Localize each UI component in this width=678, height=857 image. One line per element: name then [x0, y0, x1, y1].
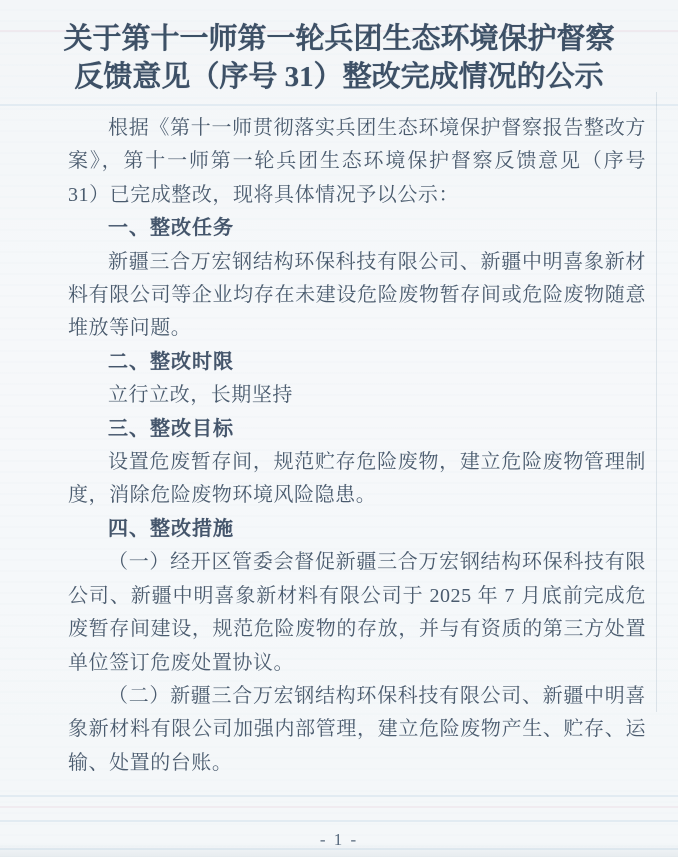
page-number: - 1 -: [0, 830, 678, 850]
section-4-paragraph-1: （一）经开区管委会督促新疆三合万宏钢结构环保科技有限公司、新疆中明喜象新材料有限…: [68, 546, 646, 680]
section-4-heading: 四、整改措施: [68, 513, 646, 546]
scan-artifact-line: [0, 806, 678, 808]
scan-artifact-line: [0, 795, 678, 797]
scan-artifact-line: [0, 820, 678, 822]
document-body: 根据《第十一师贯彻落实兵团生态环境保护督察报告整改方案》，第十一师第一轮兵团生态…: [68, 112, 646, 780]
document-title: 关于第十一师第一轮兵团生态环境保护督察 反馈意见（序号 31）整改完成情况的公示: [30, 20, 648, 96]
section-1-heading: 一、整改任务: [68, 212, 646, 245]
document-title-line-1: 关于第十一师第一轮兵团生态环境保护督察: [30, 20, 648, 58]
intro-paragraph: 根据《第十一师贯彻落实兵团生态环境保护督察报告整改方案》，第十一师第一轮兵团生态…: [68, 112, 646, 212]
scanned-document-page: 关于第十一师第一轮兵团生态环境保护督察 反馈意见（序号 31）整改完成情况的公示…: [0, 0, 678, 857]
section-2-heading: 二、整改时限: [68, 346, 646, 379]
scan-edge-artifact: [656, 92, 657, 712]
scan-artifact-line: [0, 104, 678, 106]
section-2-paragraph-1: 立行立改，长期坚持: [68, 379, 646, 412]
document-title-line-2: 反馈意见（序号 31）整改完成情况的公示: [30, 58, 648, 96]
section-3-heading: 三、整改目标: [68, 413, 646, 446]
section-1-paragraph-1: 新疆三合万宏钢结构环保科技有限公司、新疆中明喜象新材料有限公司等企业均存在未建设…: [68, 246, 646, 346]
section-4-paragraph-2: （二）新疆三合万宏钢结构环保科技有限公司、新疆中明喜象新材料有限公司加强内部管理…: [68, 680, 646, 780]
section-3-paragraph-1: 设置危废暂存间，规范贮存危险废物，建立危险废物管理制度，消除危险废物环境风险隐患…: [68, 446, 646, 513]
